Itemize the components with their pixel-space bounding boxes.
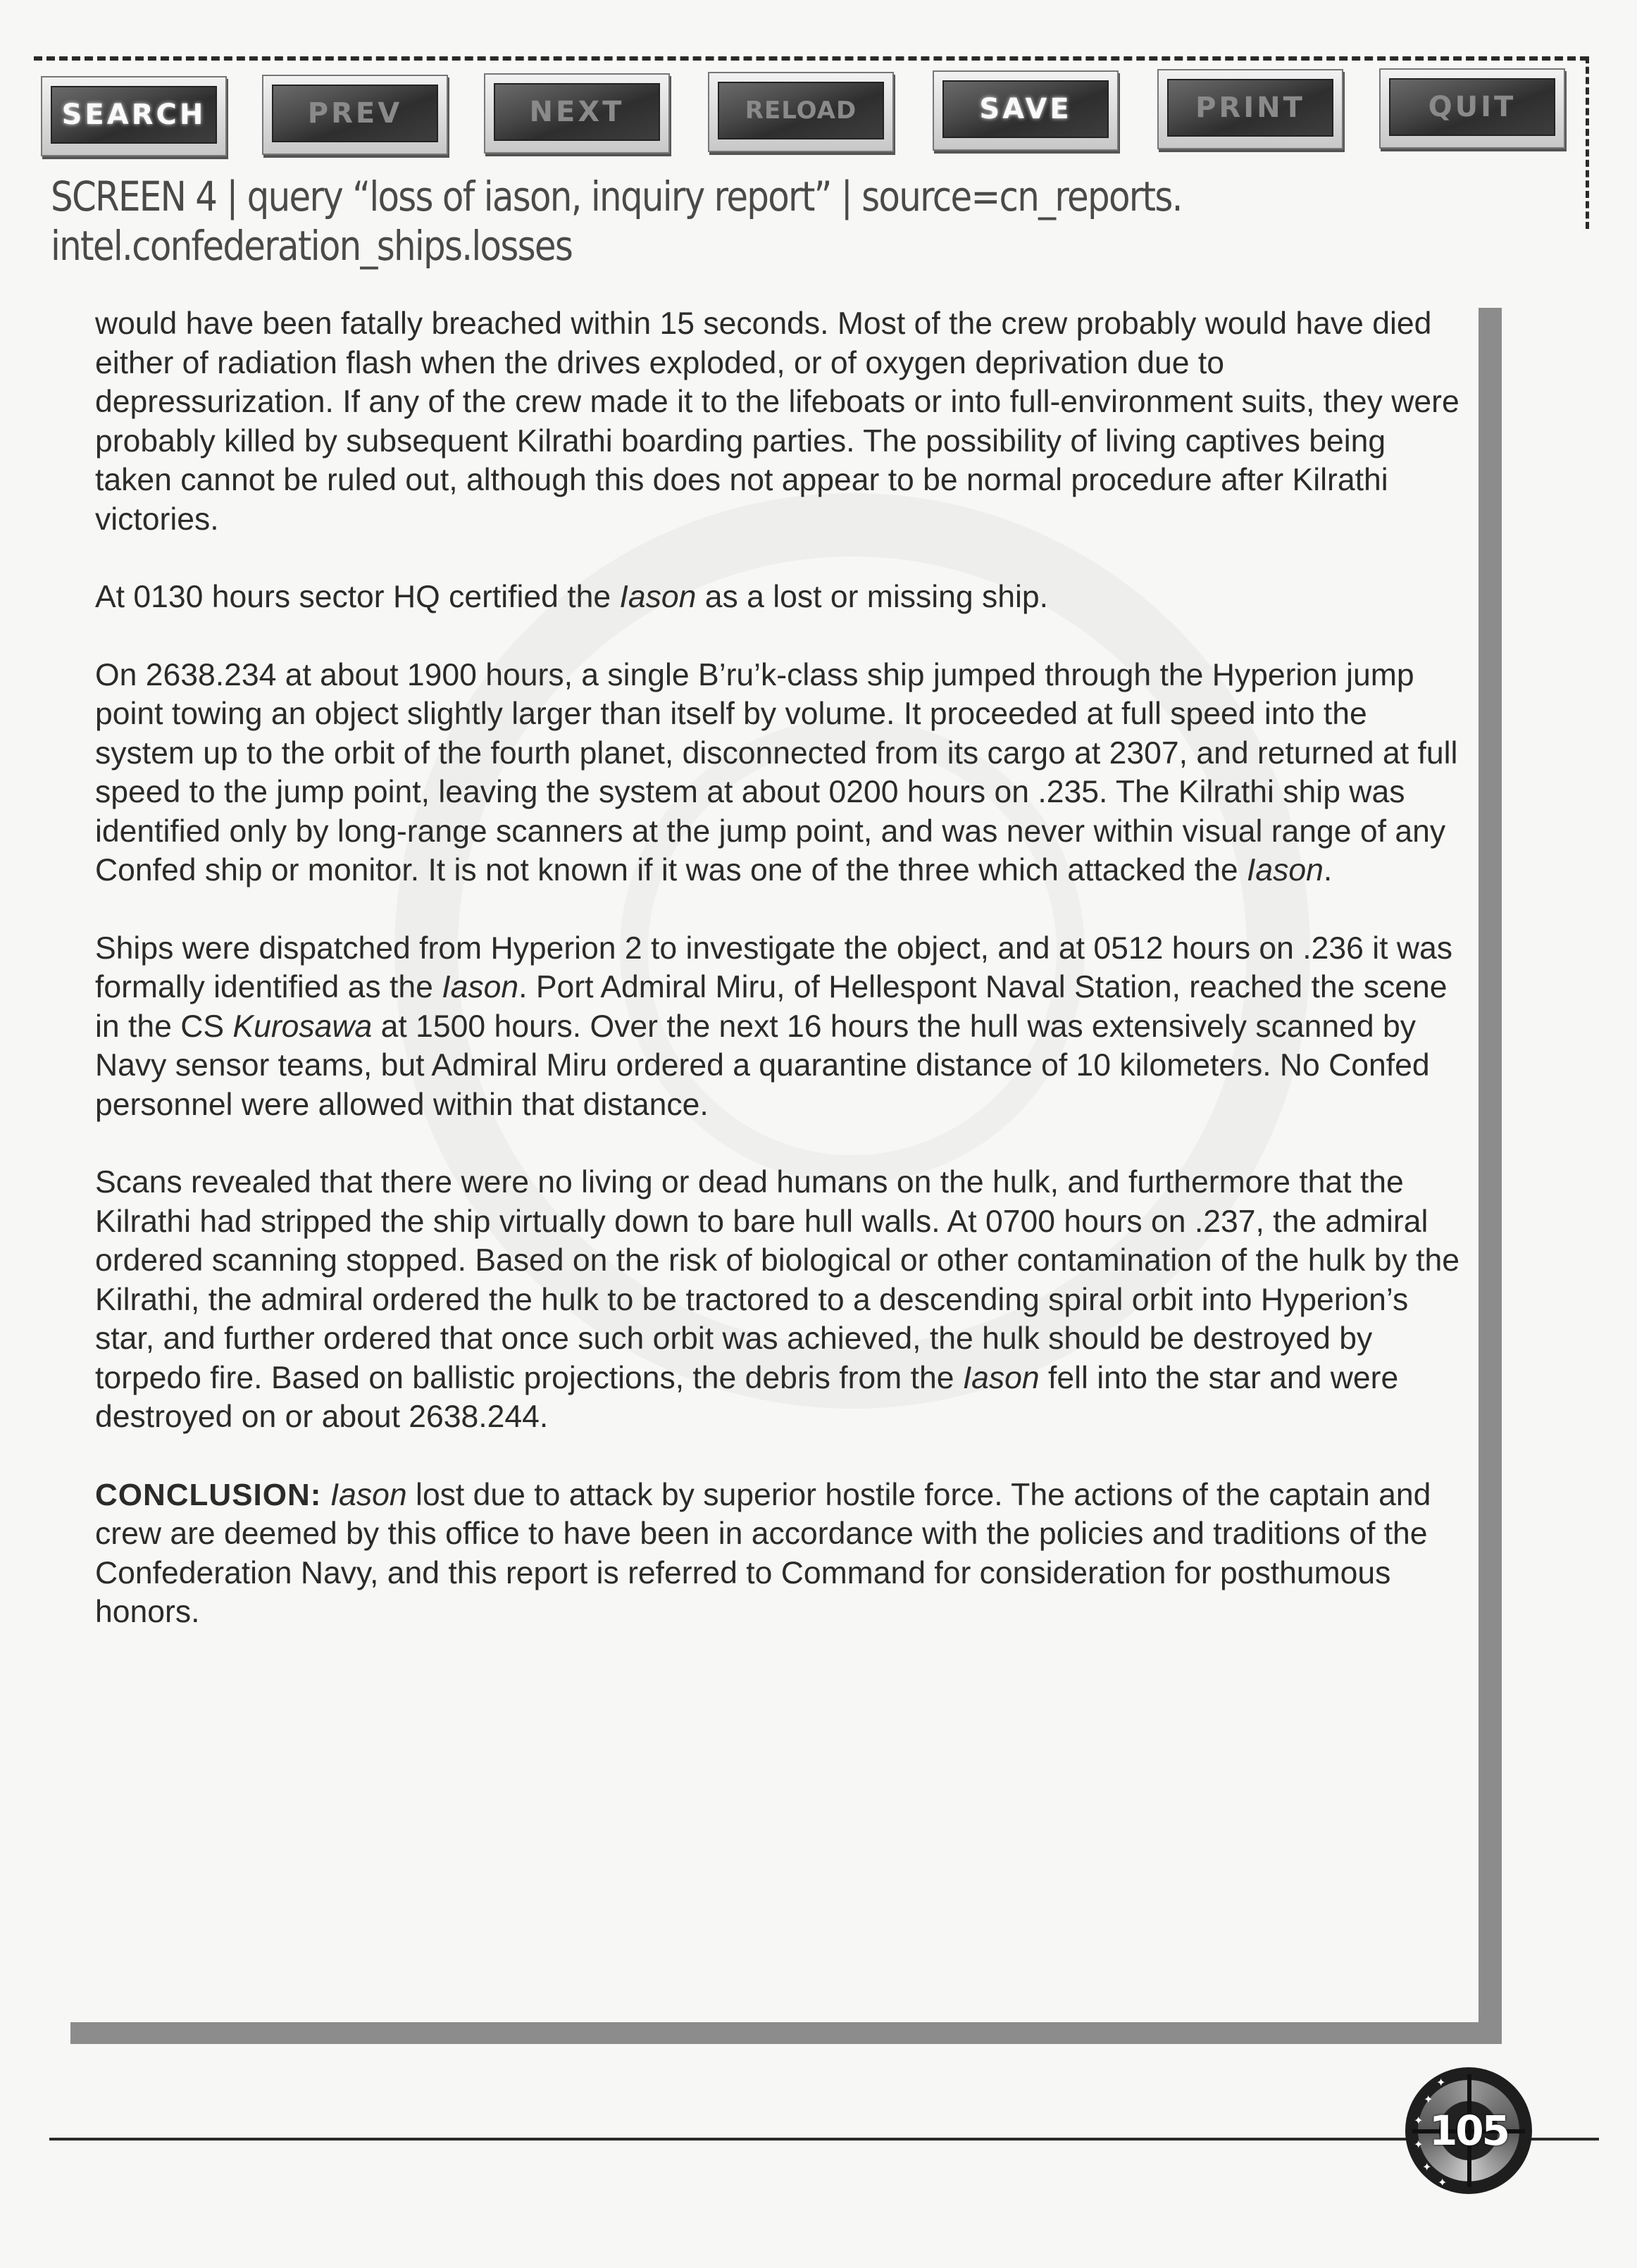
quit-button[interactable]: QUIT [1379, 68, 1565, 149]
button-face: PREV [272, 85, 438, 142]
button-face: SAVE [942, 80, 1109, 138]
reload-button[interactable]: RELOAD [708, 72, 894, 152]
panel-bottom-border [70, 2022, 1502, 2044]
ship-name: Iason [442, 970, 518, 1004]
button-face: SEARCH [51, 86, 217, 144]
page-number: 105 [1408, 2070, 1529, 2191]
report-conclusion: CONCLUSION: Iason lost due to attack by … [95, 1476, 1469, 1632]
report-paragraph-4: Ships were dispatched from Hyperion 2 to… [95, 929, 1469, 1125]
save-button[interactable]: SAVE [933, 70, 1119, 151]
report-paragraph-5: Scans revealed that there were no living… [95, 1163, 1469, 1437]
text: . [1324, 853, 1332, 887]
conclusion-label: CONCLUSION: [95, 1478, 321, 1512]
print-button[interactable]: PRINT [1157, 69, 1343, 149]
query-line-2: intel.confederation_ships.losses [51, 221, 1565, 270]
report-paragraph-3: On 2638.234 at about 1900 hours, a singl… [95, 656, 1469, 890]
quit-button-label: QUIT [1429, 91, 1517, 123]
button-face: PRINT [1167, 79, 1333, 137]
panel-right-border [1479, 308, 1502, 2044]
query-line-1: SCREEN 4 | query “loss of iason, inquiry… [51, 172, 1565, 221]
button-face: NEXT [494, 83, 660, 141]
text: as a lost or missing ship. [696, 580, 1048, 614]
prev-button-label: PREV [308, 97, 402, 130]
ship-name: Iason [620, 580, 697, 614]
ship-name: Kurosawa [232, 1009, 372, 1044]
button-face: QUIT [1389, 78, 1555, 136]
report-paragraph-2: At 0130 hours sector HQ certified the Ia… [95, 578, 1469, 617]
search-button-label: SEARCH [62, 99, 206, 131]
footer-rule [49, 2138, 1599, 2141]
save-button-label: SAVE [979, 93, 1071, 125]
reload-button-label: RELOAD [745, 96, 857, 125]
page-number-badge: ✦ ✦ ✦ ✦ ✦ ✦ 105 [1405, 2067, 1532, 2194]
screen-query-header: SCREEN 4 | query “loss of iason, inquiry… [51, 172, 1565, 270]
next-button-label: NEXT [530, 96, 625, 128]
prev-button[interactable]: PREV [262, 75, 448, 155]
ship-name: Iason [1247, 853, 1324, 887]
ship-name: Iason [330, 1478, 407, 1512]
print-button-label: PRINT [1195, 92, 1305, 124]
next-button[interactable]: NEXT [484, 73, 670, 154]
toolbar: SEARCH PREV NEXT RELOAD SAVE PRINT QUIT [0, 0, 1637, 169]
button-face: RELOAD [718, 82, 884, 139]
ship-name: Iason [963, 1361, 1040, 1395]
search-button[interactable]: SEARCH [41, 76, 227, 156]
report-body: would have been fatally breached within … [95, 304, 1469, 1671]
report-paragraph-1: would have been fatally breached within … [95, 304, 1469, 539]
text: At 0130 hours sector HQ certified the [95, 580, 620, 614]
